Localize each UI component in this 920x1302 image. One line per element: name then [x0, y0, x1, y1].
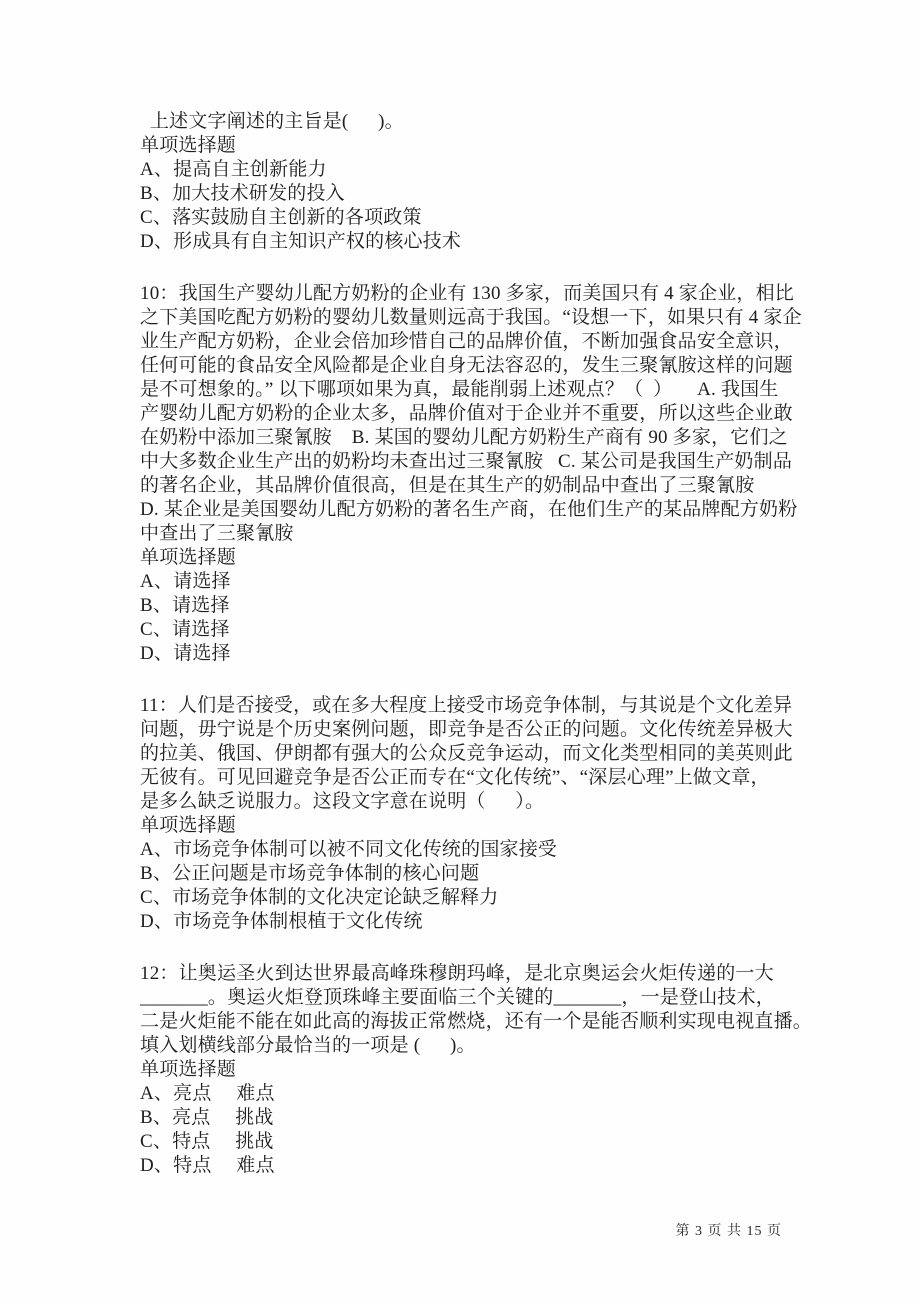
text-line: 之下美国吃配方奶粉的婴幼儿数量则远高于我国。“设想一下，如果只有 4 家企	[140, 306, 820, 330]
question-block-question-9-tail: 上述文字阐述的主旨是( )。单项选择题A、提高自主创新能力B、加大技术研发的投入…	[140, 110, 820, 254]
text-line: C、落实鼓励自主创新的各项政策	[140, 206, 820, 230]
text-line: 中查出了三聚氰胺	[140, 522, 820, 546]
text-line: 产婴幼儿配方奶粉的企业太多，品牌价值对于企业并不重要，所以这些企业敢	[140, 402, 820, 426]
text-line: 11：人们是否接受，或在多大程度上接受市场竞争体制，与其说是个文化差异	[140, 694, 820, 718]
text-line: B、公正问题是市场竞争体制的核心问题	[140, 862, 820, 886]
document-page: 上述文字阐述的主旨是( )。单项选择题A、提高自主创新能力B、加大技术研发的投入…	[0, 0, 920, 1302]
text-line: C、请选择	[140, 618, 820, 642]
text-line: 的拉美、俄国、伊朗都有强大的公众反竞争运动，而文化类型相同的美英则此	[140, 742, 820, 766]
text-line: 无彼有。可见回避竞争是否公正而专在“文化传统”、“深层心理”上做文章，	[140, 766, 820, 790]
text-line: 10：我国生产婴幼儿配方奶粉的企业有 130 多家，而美国只有 4 家企业，相比	[140, 282, 820, 306]
question-block-question-12: 12：让奥运圣火到达世界最高峰珠穆朗玛峰，是北京奥运会火炬传递的一大______…	[140, 962, 820, 1178]
text-line: 单项选择题	[140, 134, 820, 158]
text-line: D、特点 难点	[140, 1154, 820, 1178]
text-line: 二是火炬能不能在如此高的海拔正常燃烧，还有一个是能否顺利实现电视直播。	[140, 1010, 820, 1034]
text-line: C、特点 挑战	[140, 1130, 820, 1154]
text-line: A、提高自主创新能力	[140, 158, 820, 182]
text-line: C、市场竞争体制的文化决定论缺乏解释力	[140, 886, 820, 910]
text-line: 中大多数企业生产出的奶粉均未查出过三聚氰胺 C. 某公司是我国生产奶制品	[140, 450, 820, 474]
text-line: 的著名企业，其品牌价值很高，但是在其生产的奶制品中查出了三聚氰胺	[140, 474, 820, 498]
text-line: 是不可想象的。” 以下哪项如果为真，最能削弱上述观点？（ ） A. 我国生	[140, 378, 820, 402]
page-footer: 第 3 页 共 15 页	[658, 1205, 783, 1259]
text-line: 单项选择题	[140, 814, 820, 838]
page-number-label: 第 3 页 共 15 页	[676, 1224, 783, 1239]
text-line: 在奶粉中添加三聚氰胺 B. 某国的婴幼儿配方奶粉生产商有 90 多家，它们之	[140, 426, 820, 450]
question-block-question-10: 10：我国生产婴幼儿配方奶粉的企业有 130 多家，而美国只有 4 家企业，相比…	[140, 282, 820, 666]
question-block-question-11: 11：人们是否接受，或在多大程度上接受市场竞争体制，与其说是个文化差异问题，毋宁…	[140, 694, 820, 934]
text-line: D、请选择	[140, 642, 820, 666]
text-line: 问题，毋宁说是个历史案例问题，即竞争是否公正的问题。文化传统差异极大	[140, 718, 820, 742]
exam-content: 上述文字阐述的主旨是( )。单项选择题A、提高自主创新能力B、加大技术研发的投入…	[140, 110, 820, 1206]
text-line: 单项选择题	[140, 1058, 820, 1082]
text-line: 是多么缺乏说服力。这段文字意在说明（ ）。	[140, 790, 820, 814]
text-line: 任何可能的食品安全风险都是企业自身无法容忍的，发生三聚氰胺这样的问题	[140, 354, 820, 378]
text-line: B、亮点 挑战	[140, 1106, 820, 1130]
text-line: 上述文字阐述的主旨是( )。	[140, 110, 820, 134]
text-line: A、亮点 难点	[140, 1082, 820, 1106]
text-line: 业生产配方奶粉，企业会倍加珍惜自己的品牌价值，不断加强食品安全意识，	[140, 330, 820, 354]
text-line: A、市场竞争体制可以被不同文化传统的国家接受	[140, 838, 820, 862]
text-line: 填入划横线部分最恰当的一项是 ( )。	[140, 1034, 820, 1058]
text-line: 12：让奥运圣火到达世界最高峰珠穆朗玛峰，是北京奥运会火炬传递的一大	[140, 962, 820, 986]
text-line: B、请选择	[140, 594, 820, 618]
text-line: D、形成具有自主知识产权的核心技术	[140, 230, 820, 254]
text-line: B、加大技术研发的投入	[140, 182, 820, 206]
text-line: 单项选择题	[140, 546, 820, 570]
text-line: D. 某企业是美国婴幼儿配方奶粉的著名生产商，在他们生产的某品牌配方奶粉	[140, 498, 820, 522]
text-line: _______。奥运火炬登顶珠峰主要面临三个关键的_______，一是登山技术，	[140, 986, 820, 1010]
text-line: D、市场竞争体制根植于文化传统	[140, 910, 820, 934]
text-line: A、请选择	[140, 570, 820, 594]
